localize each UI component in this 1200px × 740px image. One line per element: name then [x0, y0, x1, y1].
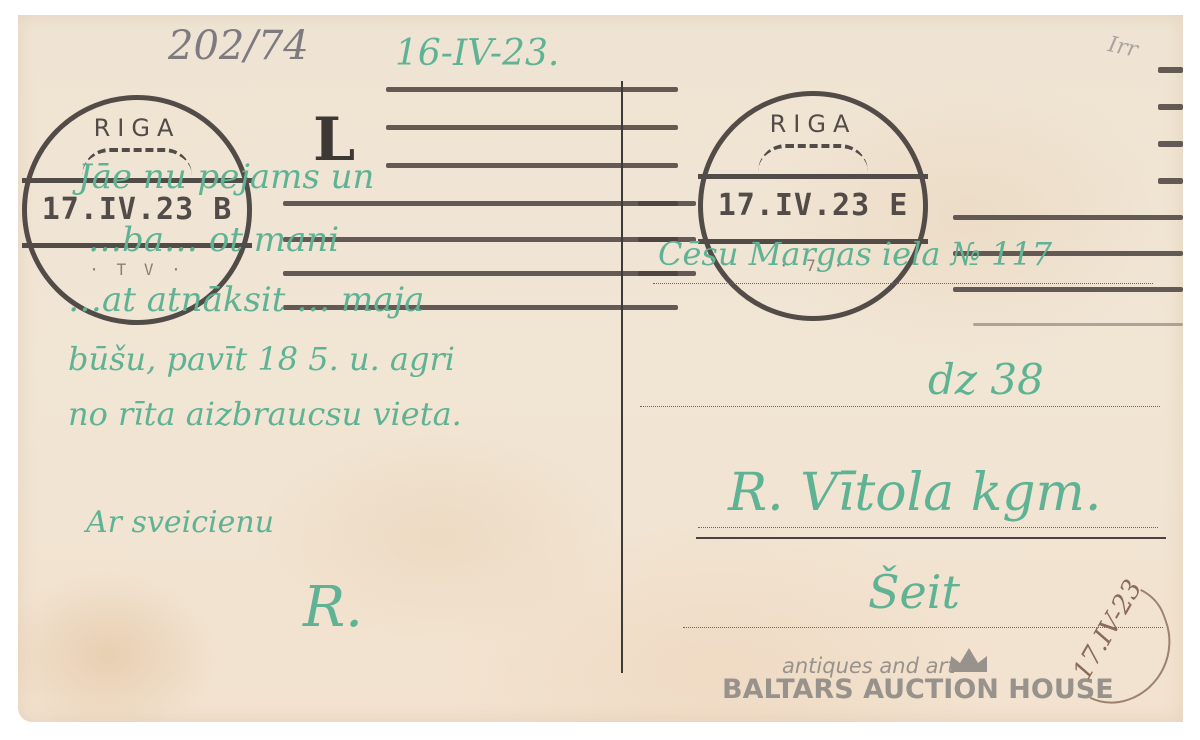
auction-watermark: antiques and art BALTARS AUCTION HOUSE	[722, 648, 1122, 718]
center-divider	[621, 81, 623, 673]
address-underline	[696, 537, 1166, 539]
postmark-right: RIGA 17.IV.23 E · 7 ·	[698, 91, 928, 321]
address-line: dz 38	[928, 355, 1044, 404]
postmark-date: 17.IV.23 E	[703, 188, 923, 223]
postcard-back: 202/74 Irr 16-IV-23. L RIGA 17.IV.23 B ·…	[18, 15, 1183, 722]
message-line: Jāe nu pejams un	[78, 157, 374, 197]
message-line: …at atnāksit … maja	[68, 280, 424, 320]
catalog-number: 202/74	[168, 23, 309, 69]
address-line-3	[698, 527, 1158, 528]
crown-icon	[949, 648, 989, 672]
message-line: …ba… ot mani	[88, 220, 339, 260]
postmark-city: RIGA	[27, 114, 247, 142]
message-line: būšu, pavīt 18 5. u. agri	[68, 340, 455, 378]
address-line: Cēsu Margas iela № 117	[658, 235, 1052, 273]
watermark-name: BALTARS AUCTION HOUSE	[722, 674, 1114, 705]
address-line-1	[653, 283, 1153, 284]
message-line: no rīta aizbraucsu vieta.	[68, 395, 462, 433]
date-written: 16-IV-23.	[395, 33, 559, 74]
message-closing: Ar sveicienu	[86, 505, 274, 540]
message-signature: R.	[303, 575, 363, 640]
postmark-city: RIGA	[703, 110, 923, 138]
corner-pencil-note: Irr	[1106, 32, 1140, 63]
address-line-2	[640, 406, 1160, 407]
address-line: R. Vītola kgm.	[728, 463, 1101, 523]
address-line: Šeit	[868, 565, 960, 619]
